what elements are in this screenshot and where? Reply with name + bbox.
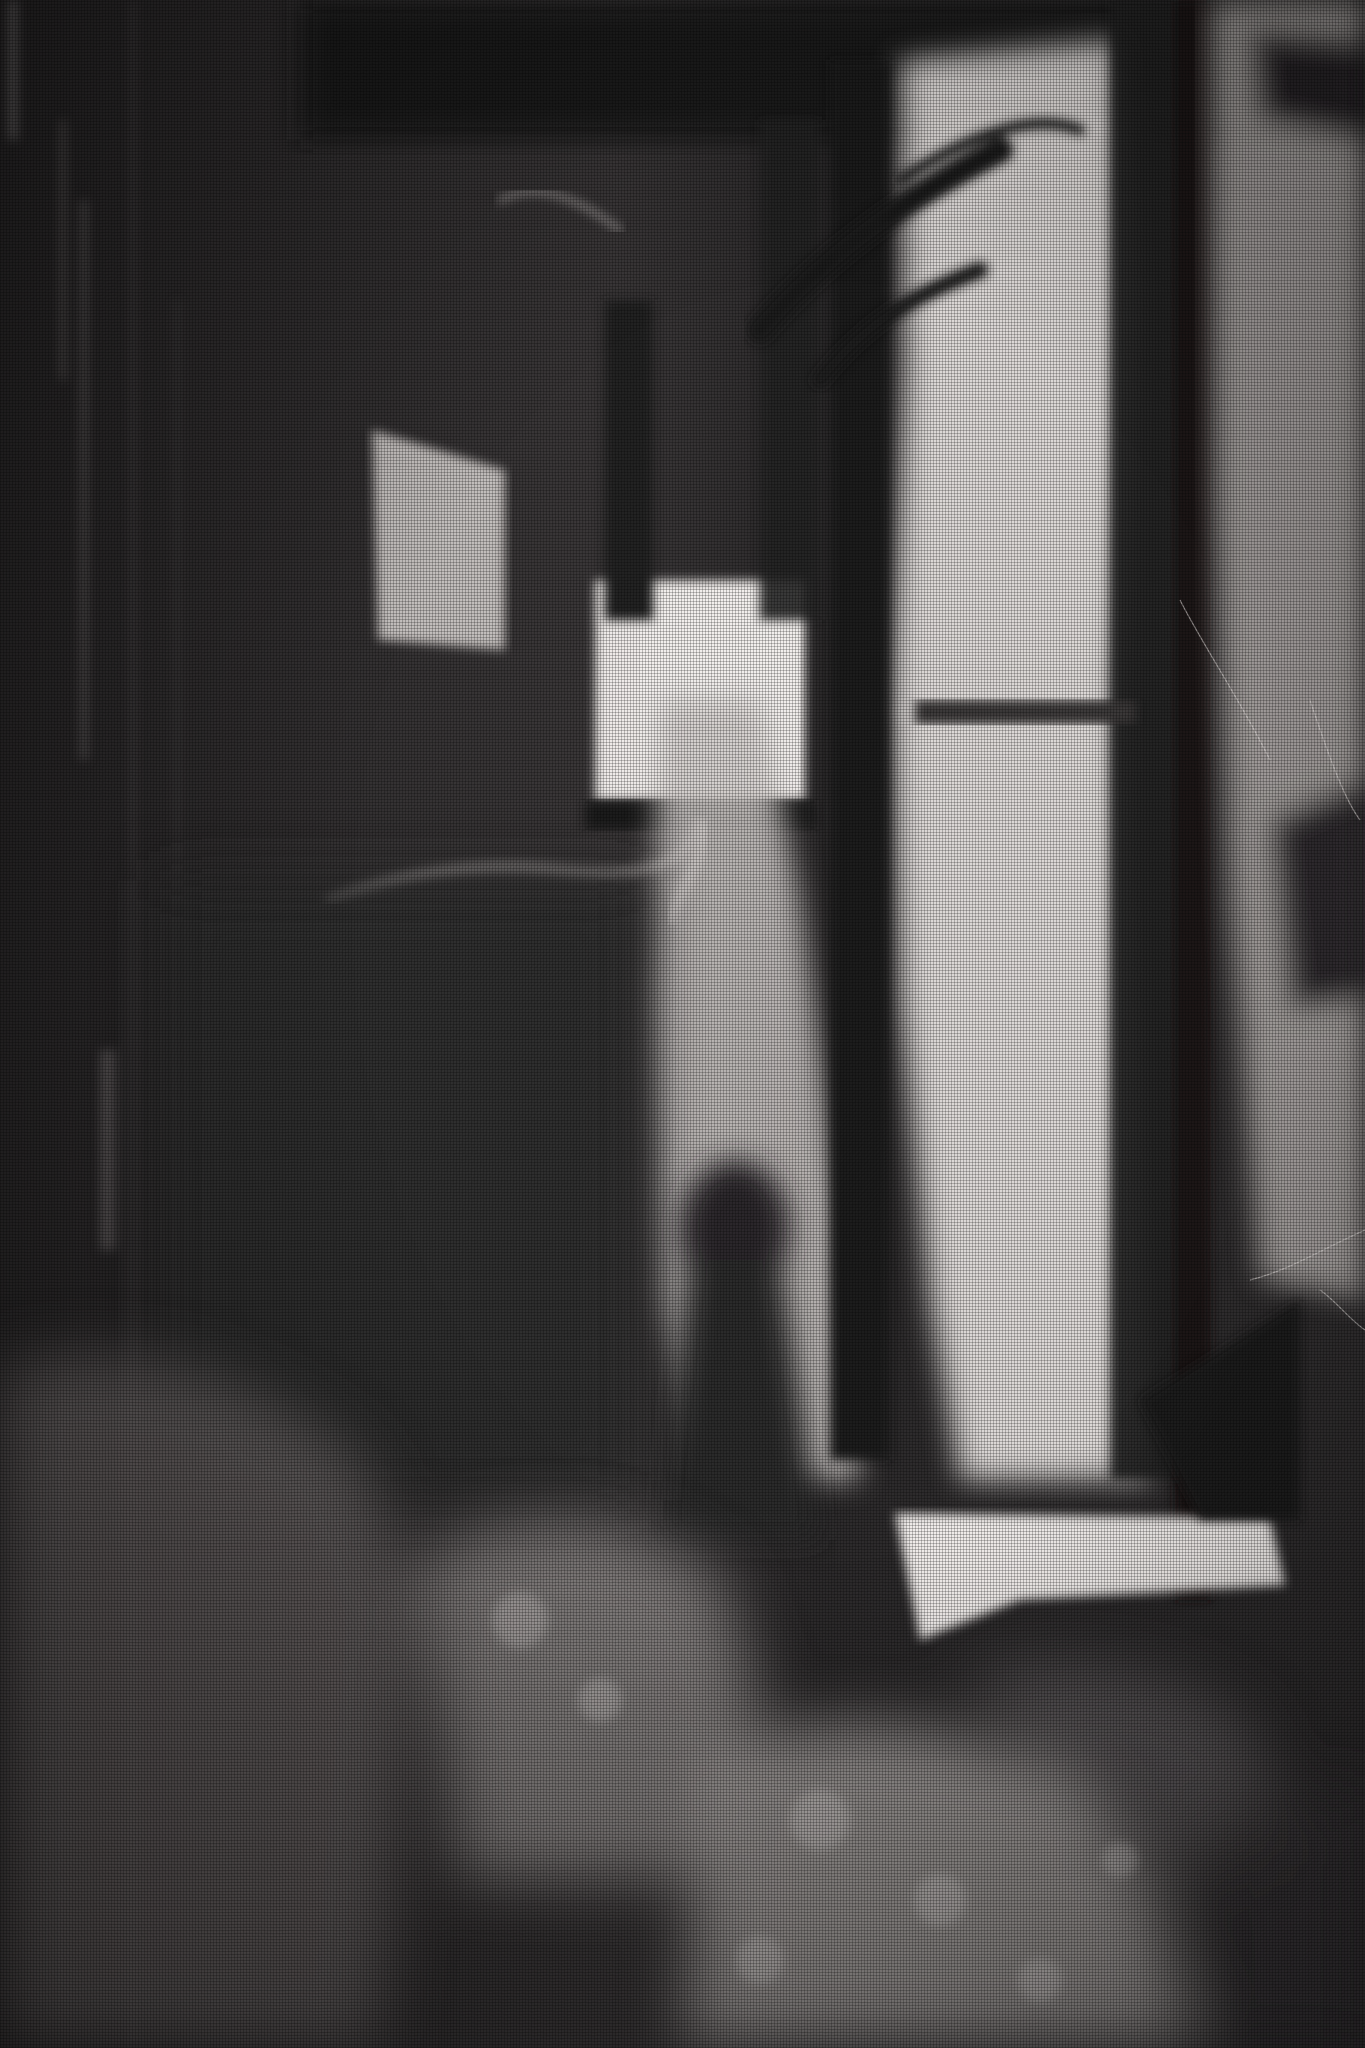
window-mullion [915, 700, 1135, 724]
interior-scene [0, 0, 1365, 2048]
fabric-print-artwork [0, 0, 1365, 2048]
